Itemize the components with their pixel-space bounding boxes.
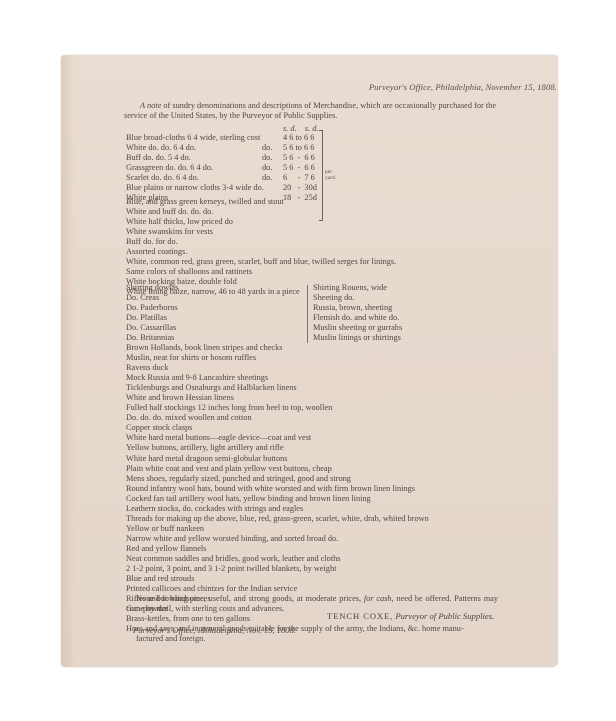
list-item: Fulled half stockings 12 inches long fro…	[126, 403, 500, 413]
list-item: Neat common saddles and bridles, good wo…	[126, 554, 500, 564]
signer-title: Purveyor of Public Supplies.	[395, 611, 494, 621]
cloth-name: Blue plains or narrow cloths 3-4 wide do…	[126, 183, 264, 192]
cloth-ditto: do.	[262, 163, 272, 172]
list-item-left: Do. Cassarillas	[126, 323, 178, 333]
list-item-right: Muslin linings or shirtings	[313, 333, 402, 343]
cloth-name: Buff do. do. 5 4 do.	[126, 153, 191, 162]
list-item: Brown Hollands, book linen stripes and c…	[126, 343, 500, 353]
list-item: Buff do. for do.	[126, 237, 396, 247]
list-item: White hard metal dragoon semi-globular b…	[126, 454, 500, 464]
list-item: Cocked fan tail artillery wool hats, yel…	[126, 494, 500, 504]
per-yard-label: per yard.	[325, 169, 336, 181]
list-item-continuation: factured and foreign.	[126, 634, 500, 644]
list-item-left: Shirting dowlas	[126, 283, 178, 293]
cloth-name: White do. do. 6 4 do.	[126, 143, 196, 152]
list-item: Muslin, neat for shirts or bosom ruffles	[126, 353, 500, 363]
signature: TENCH COXE, Purveyor of Public Supplies.	[327, 611, 494, 621]
list-item: Threads for making up the above, blue, r…	[126, 514, 500, 524]
list-item: Yellow or buff nankeen	[126, 524, 500, 534]
list-item: Blue, and grass green kerseys, twilled a…	[126, 197, 396, 207]
list-item: Same colors of shalloons and rattinets	[126, 267, 396, 277]
cloth-price: 5 6 - 6 6	[283, 153, 315, 162]
signer-name: TENCH COXE,	[327, 611, 393, 621]
list-item: Ticklenburgs and Osnaburgs and Halblacke…	[126, 383, 500, 393]
list-item: Blue and red strouds	[126, 574, 500, 584]
list-item: Yellow buttons, artillery, light artille…	[126, 443, 500, 453]
list-item: White swanskins for vests	[126, 227, 396, 237]
cloth-ditto: do.	[262, 173, 272, 182]
cloth-price: 5 6 to 6 6	[283, 143, 314, 152]
list-item-right: Muslin sheeting or gurrahs	[313, 323, 402, 333]
list-item: Copper stock clasps	[126, 423, 500, 433]
list-item-left: Do. Britannias	[126, 333, 178, 343]
list-item: Mock Russia and 9-8 Lancashire sheetings	[126, 373, 500, 383]
cloth-price: 6 - 7 6	[283, 173, 315, 182]
list-item: White hard metal buttons—eagle device—co…	[126, 433, 500, 443]
cloth-price: 5 6 - 6 6	[283, 163, 315, 172]
list-item: Do. do. do. mixed woollen and cotton	[126, 413, 500, 423]
intro-paragraph: A note of sundry denominations and descr…	[124, 101, 496, 122]
cloth-ditto: do.	[262, 153, 272, 162]
list-item: Leathern stocks, do. cockades with strin…	[126, 504, 500, 514]
list-item: 2 1-2 point, 3 point, and 3 1-2 point tw…	[126, 564, 500, 574]
list-item: Narrow white and yellow worsted binding,…	[126, 534, 500, 544]
intro-text: of sundry denominations and descriptions…	[124, 101, 496, 120]
list-item-right: Flemish do. and white do.	[313, 313, 402, 323]
list-item: Assorted coatings.	[126, 247, 396, 257]
list-item-left: Do. Paderborns	[126, 303, 178, 313]
intro-lead: A note	[140, 101, 161, 110]
closing-text-1: None but handsome, useful, and strong go…	[136, 594, 364, 603]
closing-italic: for cash,	[364, 594, 394, 603]
list-item-right: Shirting Rouens, wide	[313, 283, 402, 293]
cloth-ditto: do.	[262, 143, 272, 152]
list-item: Printed callicoes and chintzes for the I…	[126, 584, 500, 594]
column-divider	[307, 285, 308, 343]
list-item-right: Russia, brown, sheeting	[313, 303, 402, 313]
list-item: Plain white coat and vest and plain yell…	[126, 464, 500, 474]
cloth-name: Grassgreen do. do. 6 4 do.	[126, 163, 213, 172]
header-dateline: Purveyor's Office, Philadelphia, Novembe…	[369, 82, 557, 92]
linen-two-column-list: Shirting dowlasDo. CreasDo. PaderbornsDo…	[126, 283, 178, 343]
cloth-name: Blue broad-cloths 6 4 wide, sterling cos…	[126, 133, 260, 142]
cloth-price: 20 - 30d	[283, 183, 317, 192]
list-item: White and buff do. do. do.	[126, 207, 396, 217]
list-item-left: Do. Platillas	[126, 313, 178, 323]
cloth-name: Scarlet do. do. 6 4 do.	[126, 173, 199, 182]
cloth-price: 4 6 to 6 6	[283, 133, 314, 142]
footer-dateline: Purveyor's Office, Philadelphia, Nov. 15…	[133, 625, 296, 635]
list-item-right: Sheeting do.	[313, 293, 402, 303]
price-column-header: s. d. s. d.	[283, 124, 319, 133]
list-item: Red and yellow flannels	[126, 544, 500, 554]
list-item: Mens shoes, regularly sized, punched and…	[126, 474, 500, 484]
list-item: Ravens duck	[126, 363, 500, 373]
list-item: White, common red, grass green, scarlet,…	[126, 257, 396, 267]
list-item-left: Do. Creas	[126, 293, 178, 303]
list-item: White half thicks, low priced do	[126, 217, 396, 227]
list-item: White and brown Hessian linens	[126, 393, 500, 403]
list-item: Round infantry wool hats, bound with whi…	[126, 484, 500, 494]
